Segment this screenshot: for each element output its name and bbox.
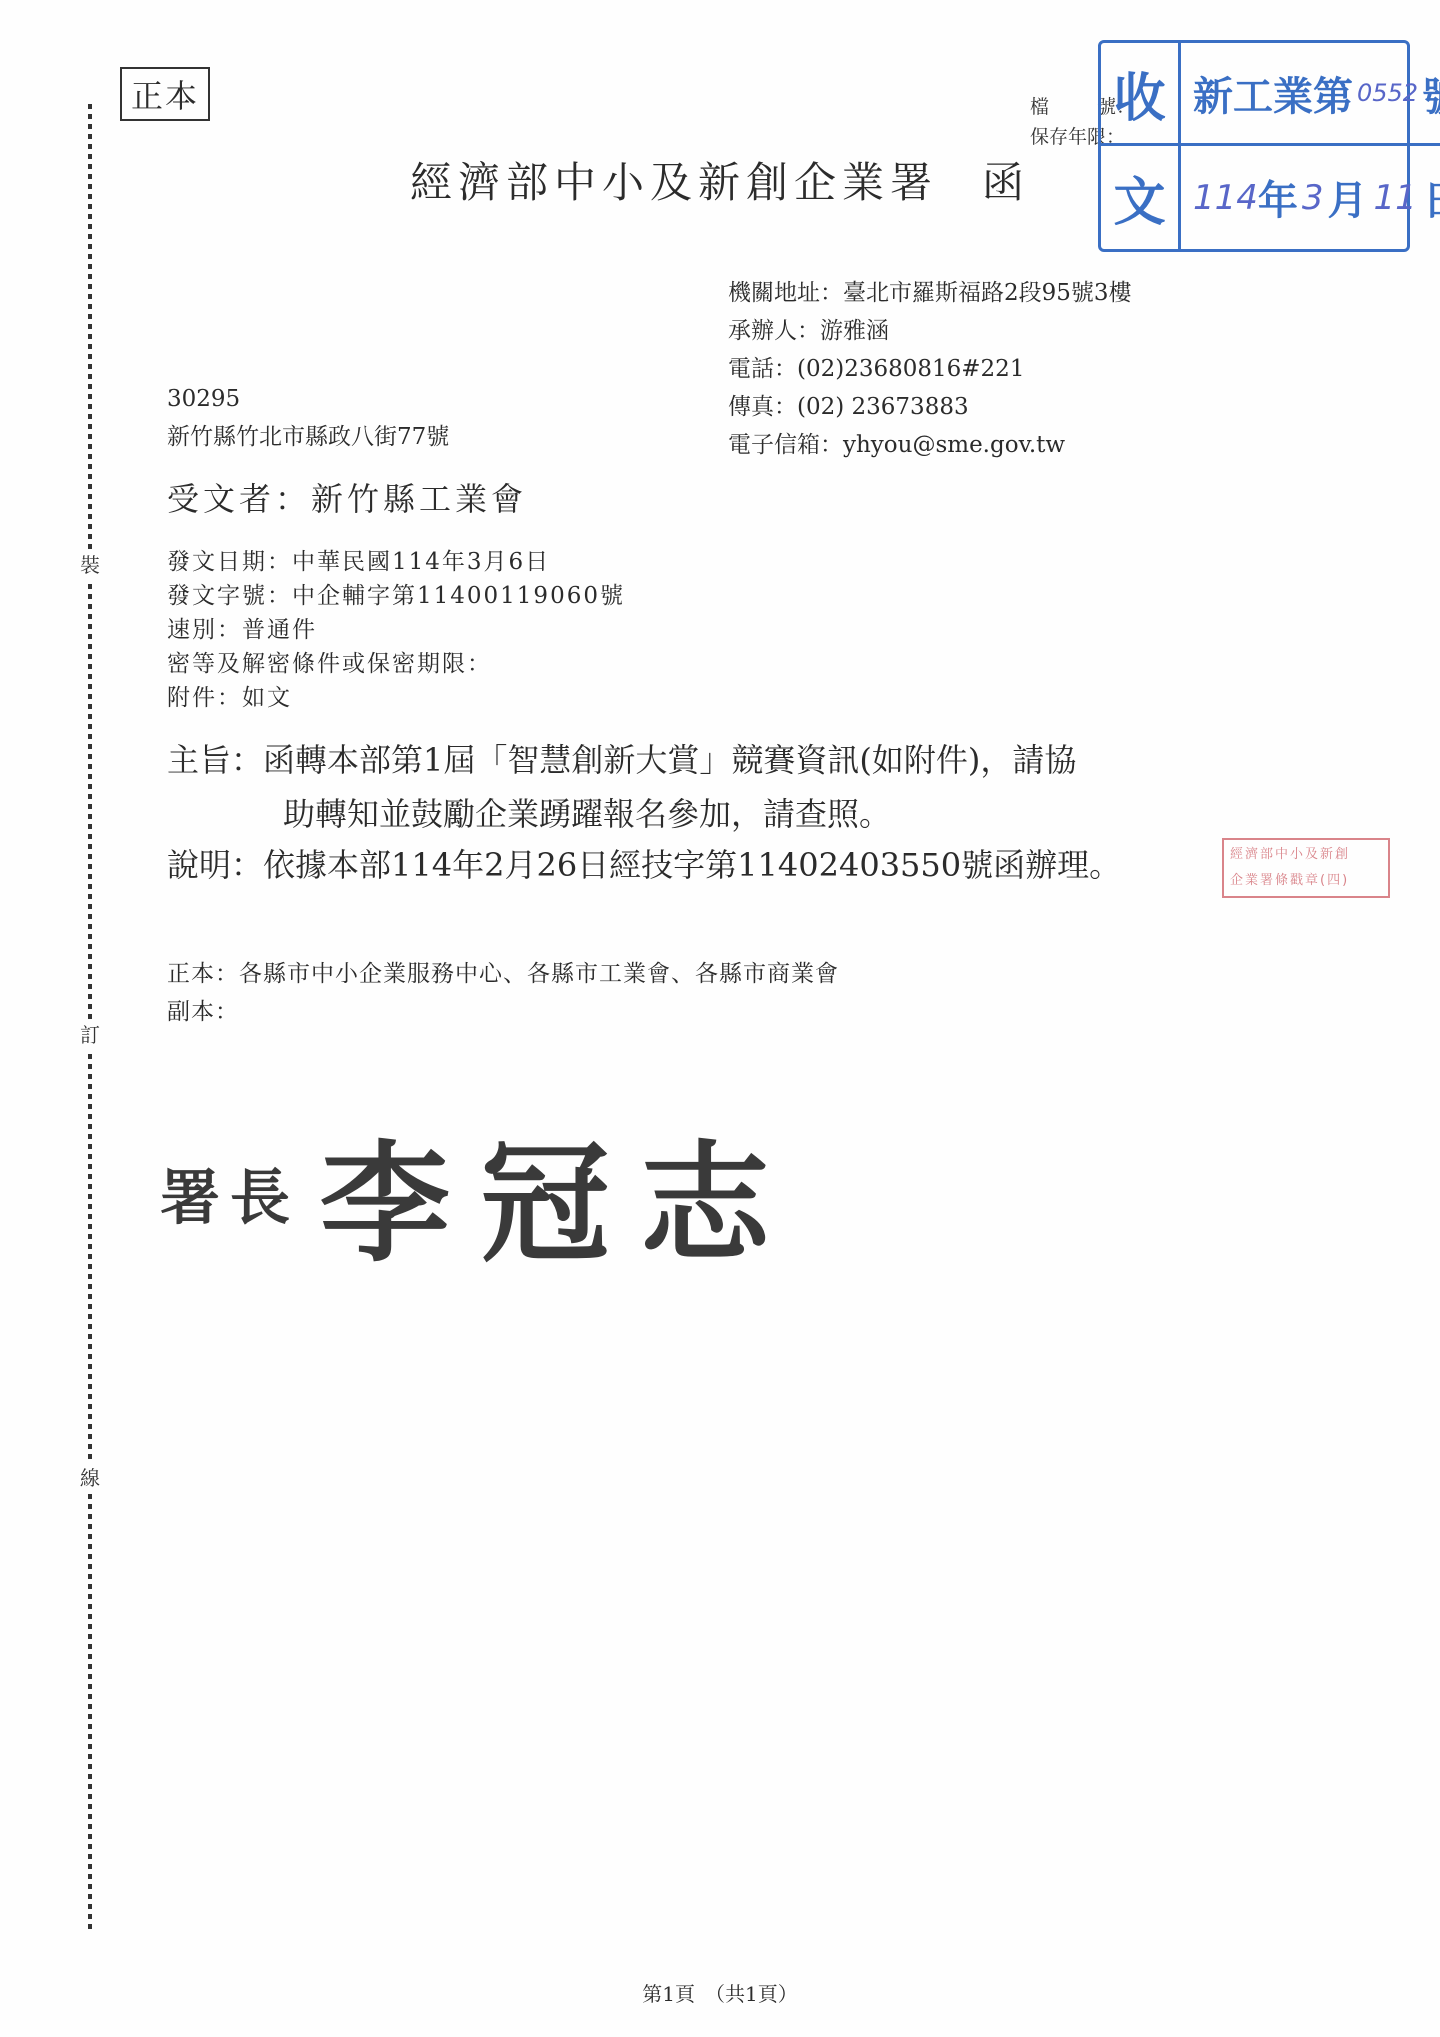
attachment-label: 附件： <box>167 685 242 711</box>
file-number-label: 檔 <box>1030 96 1049 118</box>
distribution: 正本：各縣市中小企業服務中心、各縣市工業會、各縣市商業會 副本： <box>167 955 839 1031</box>
received-stamp-date: 114 年 3 月 11 日 <box>1181 146 1440 249</box>
binding-mark-bind: 裝 <box>76 550 104 580</box>
recipient-label: 受文者： <box>167 480 311 518</box>
issue-date-label: 發文日期： <box>167 549 292 575</box>
received-date-year-unit: 年 <box>1258 169 1298 226</box>
sender-email-row: 電子信箱：yhyou@sme.gov.tw <box>728 426 1132 464</box>
sender-handler: 游雅涵 <box>820 318 889 344</box>
signatory-name: 李冠志 <box>320 1128 800 1280</box>
copy-recipients-row: 副本： <box>167 993 839 1031</box>
binding-dotted-line <box>88 104 92 1934</box>
issue-number-label: 發文字號： <box>167 583 292 609</box>
received-date-year: 114 <box>1193 178 1258 218</box>
received-date-month-unit: 月 <box>1328 169 1368 226</box>
issue-date-row: 發文日期：中華民國114年3月6日 <box>167 545 625 579</box>
received-stamp-number: 新工業第 0552 號 <box>1181 43 1440 146</box>
original-recipients-label: 正本： <box>167 961 239 987</box>
sender-email-label: 電子信箱： <box>728 432 843 458</box>
received-number-handwritten: 0552 <box>1357 79 1418 107</box>
seal-line-2: 企業署條戳章(四) <box>1230 868 1382 894</box>
sender-address-label: 機關地址： <box>728 280 843 306</box>
signature: 署長李冠志 <box>160 1100 800 1287</box>
sender-address-row: 機關地址：臺北市羅斯福路2段95號3樓 <box>728 274 1132 312</box>
sender-fax: (02) 23673883 <box>797 394 969 420</box>
subject-line-1: 函轉本部第1屆「智慧創新大賞」競賽資訊(如附件)，請協 <box>263 741 1076 779</box>
sender-handler-row: 承辦人：游雅涵 <box>728 312 1132 350</box>
issue-date: 中華民國114年3月6日 <box>292 549 550 575</box>
copy-recipients-label: 副本： <box>167 999 239 1025</box>
sender-address: 臺北市羅斯福路2段95號3樓 <box>843 280 1132 306</box>
document-meta: 發文日期：中華民國114年3月6日 發文字號：中企輔字第11400119060號… <box>167 545 625 715</box>
priority: 普通件 <box>242 617 317 643</box>
addressee-block: 30295 新竹縣竹北市縣政八街77號 <box>167 380 449 456</box>
received-date-month: 3 <box>1302 178 1324 218</box>
sender-phone: (02)23680816#221 <box>797 356 1024 382</box>
explanation: 說明：依據本部114年2月26日經技字第11402403550號函辦理。 <box>167 838 1121 892</box>
received-stamp-label-bottom: 文 <box>1101 146 1181 249</box>
attachment-row: 附件：如文 <box>167 681 625 715</box>
seal-stamp: 經濟部中小及新創 企業署條戳章(四) <box>1222 838 1390 898</box>
sender-phone-label: 電話： <box>728 356 797 382</box>
recipient: 受文者：新竹縣工業會 <box>167 474 527 520</box>
document-title: 經濟部中小及新創企業署函 <box>410 150 1030 210</box>
addressee-address: 新竹縣竹北市縣政八街77號 <box>167 418 449 456</box>
sender-info: 機關地址：臺北市羅斯福路2段95號3樓 承辦人：游雅涵 電話：(02)23680… <box>728 274 1132 464</box>
sender-handler-label: 承辦人： <box>728 318 820 344</box>
received-date-day-unit: 日 <box>1423 169 1440 226</box>
issue-number: 中企輔字第11400119060號 <box>292 583 625 609</box>
binding-mark-line: 線 <box>76 1463 104 1493</box>
classification-label: 密等及解密條件或保密期限： <box>167 651 492 677</box>
priority-row: 速別：普通件 <box>167 613 625 647</box>
explanation-label: 說明： <box>167 846 263 884</box>
sender-fax-label: 傳真： <box>728 394 797 420</box>
received-number-prefix: 新工業第 <box>1193 65 1353 122</box>
sender-email: yhyou@sme.gov.tw <box>843 432 1065 458</box>
document-page: 裝 訂 線 正本 檔號： 保存年限： 收 新工業第 0552 號 文 114 年… <box>0 0 1440 2037</box>
original-recipients-row: 正本：各縣市中小企業服務中心、各縣市工業會、各縣市商業會 <box>167 955 839 993</box>
attachment: 如文 <box>242 685 292 711</box>
subject-line-2: 助轉知並鼓勵企業踴躍報名參加，請查照。 <box>167 787 1076 841</box>
signatory-title: 署長 <box>160 1164 300 1234</box>
received-number-suffix: 號 <box>1422 65 1440 122</box>
sender-phone-row: 電話：(02)23680816#221 <box>728 350 1132 388</box>
classification-row: 密等及解密條件或保密期限： <box>167 647 625 681</box>
seal-line-1: 經濟部中小及新創 <box>1230 842 1382 868</box>
page-number: 第1頁 （共1頁） <box>0 1978 1440 2007</box>
original-recipients: 各縣市中小企業服務中心、各縣市工業會、各縣市商業會 <box>239 961 839 987</box>
binding-mark-staple: 訂 <box>76 1020 104 1050</box>
received-stamp-label-top: 收 <box>1101 43 1181 146</box>
sender-fax-row: 傳真：(02) 23673883 <box>728 388 1132 426</box>
issue-number-row: 發文字號：中企輔字第11400119060號 <box>167 579 625 613</box>
subject: 主旨：函轉本部第1屆「智慧創新大賞」競賽資訊(如附件)，請協 助轉知並鼓勵企業踴… <box>167 733 1076 841</box>
received-stamp: 收 新工業第 0552 號 文 114 年 3 月 11 日 <box>1098 40 1410 252</box>
subject-label: 主旨： <box>167 741 263 779</box>
recipient-name: 新竹縣工業會 <box>311 480 527 518</box>
copy-type-label: 正本 <box>120 67 210 121</box>
explanation-text: 依據本部114年2月26日經技字第11402403550號函辦理。 <box>263 846 1121 884</box>
agency-name: 經濟部中小及新創企業署 <box>410 158 938 207</box>
received-date-day: 11 <box>1374 178 1417 218</box>
addressee-postal-code: 30295 <box>167 380 449 418</box>
document-type: 函 <box>982 158 1030 207</box>
priority-label: 速別： <box>167 617 242 643</box>
